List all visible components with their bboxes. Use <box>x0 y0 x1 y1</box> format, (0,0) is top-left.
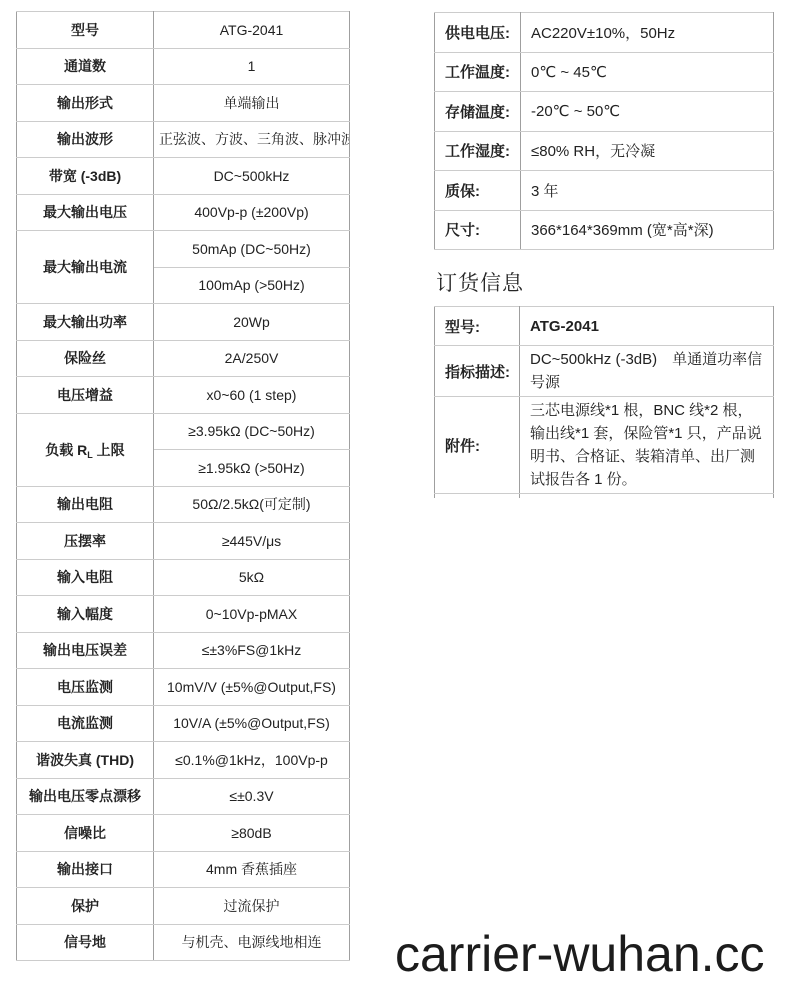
table-row: 保险丝2A/250V <box>17 340 350 377</box>
row-label: 保护 <box>17 888 154 925</box>
row-value: 50Ω/2.5kΩ(可定制) <box>154 486 350 523</box>
table-row: 型号ATG-2041 <box>17 12 350 49</box>
table-row: 带宽 (-3dB)DC~500kHz <box>17 158 350 195</box>
table-row: 附件:三芯电源线*1 根，BNC 线*2 根，输出线*1 套，保险管*1 只，产… <box>435 397 774 494</box>
row-label: 型号 <box>17 12 154 49</box>
row-value: 5kΩ <box>154 559 350 596</box>
right-column: 供电电压:AC220V±10%，50Hz工作温度:0℃ ~ 45℃存储温度:-2… <box>434 12 773 498</box>
row-label: 最大输出电压 <box>17 194 154 231</box>
row-value: 3 年 <box>521 171 774 211</box>
row-label: 带宽 (-3dB) <box>17 158 154 195</box>
row-label: 输出电阻 <box>17 486 154 523</box>
table-row: 尺寸:366*164*369mm (宽*高*深) <box>435 210 774 250</box>
row-value: 1 <box>154 48 350 85</box>
table-row: 供电电压:AC220V±10%，50Hz <box>435 13 774 53</box>
row-label: 输出电压零点漂移 <box>17 778 154 815</box>
table-row: 工作湿度:≤80% RH，无冷凝 <box>435 131 774 171</box>
row-label: 负载 RL 上限 <box>17 413 154 486</box>
watermark-text: carrier-wuhan.cc <box>395 925 765 983</box>
row-value: x0~60 (1 step) <box>154 377 350 414</box>
row-label: 最大输出功率 <box>17 304 154 341</box>
table-row: 最大输出功率20Wp <box>17 304 350 341</box>
row-label: 工作湿度: <box>435 131 521 171</box>
order-info-heading: 订货信息 <box>436 267 773 297</box>
table-row: 输入电阻5kΩ <box>17 559 350 596</box>
table-row: 保护过流保护 <box>17 888 350 925</box>
row-value: 10mV/V (±5%@Output,FS) <box>154 669 350 706</box>
table-row: 电压监测10mV/V (±5%@Output,FS) <box>17 669 350 706</box>
table-row: 工作温度:0℃ ~ 45℃ <box>435 52 774 92</box>
row-value: ≥445V/μs <box>154 523 350 560</box>
row-value: ≤±0.3V <box>154 778 350 815</box>
row-value: ≥3.95kΩ (DC~50Hz) <box>154 413 350 450</box>
table-row: 质保:3 年 <box>435 171 774 211</box>
table-row: 输入幅度0~10Vp-pMAX <box>17 596 350 633</box>
table-row: 信号地与机壳、电源线地相连 <box>17 924 350 961</box>
table-row: 输出接口4mm 香蕉插座 <box>17 851 350 888</box>
row-value: 10V/A (±5%@Output,FS) <box>154 705 350 742</box>
row-value: 50mAp (DC~50Hz) <box>154 231 350 268</box>
spec-table: 型号ATG-2041通道数1输出形式单端输出输出波形正弦波、方波、三角波、脉冲波… <box>16 11 350 961</box>
row-label: 指标描述: <box>435 346 520 397</box>
row-value: 单端输出 <box>154 85 350 122</box>
row-value: 0~10Vp-pMAX <box>154 596 350 633</box>
row-label: 型号: <box>435 307 520 346</box>
table-row: 输出形式单端输出 <box>17 85 350 122</box>
table-row: 指标描述:DC~500kHz (-3dB) 单通道功率信号源 <box>435 346 774 397</box>
row-value: 20Wp <box>154 304 350 341</box>
table-row: 电压增益x0~60 (1 step) <box>17 377 350 414</box>
row-label: 压摆率 <box>17 523 154 560</box>
row-value: ATG-2041 <box>154 12 350 49</box>
env-table: 供电电压:AC220V±10%，50Hz工作温度:0℃ ~ 45℃存储温度:-2… <box>434 12 774 250</box>
row-label: 尺寸: <box>435 210 521 250</box>
row-label: 供电电压: <box>435 13 521 53</box>
row-label: 输出形式 <box>17 85 154 122</box>
row-value: ≥80dB <box>154 815 350 852</box>
row-label: 输出电压误差 <box>17 632 154 669</box>
row-value: ≤0.1%@1kHz，100Vp-p <box>154 742 350 779</box>
row-label: 存储温度: <box>435 92 521 132</box>
row-value: DC~500kHz <box>154 158 350 195</box>
row-label: 电压监测 <box>17 669 154 706</box>
table-row: 最大输出电流50mAp (DC~50Hz) <box>17 231 350 268</box>
table-row: 输出电阻50Ω/2.5kΩ(可定制) <box>17 486 350 523</box>
row-label: 质保: <box>435 171 521 211</box>
row-value: 2A/250V <box>154 340 350 377</box>
row-label: 电流监测 <box>17 705 154 742</box>
table-row: 谐波失真 (THD)≤0.1%@1kHz，100Vp-p <box>17 742 350 779</box>
row-value: 400Vp-p (±200Vp) <box>154 194 350 231</box>
row-label: 输出波形 <box>17 121 154 158</box>
table-row: 型号:ATG-2041 <box>435 307 774 346</box>
table-row: 通道数1 <box>17 48 350 85</box>
row-label: 输出接口 <box>17 851 154 888</box>
row-label: 工作温度: <box>435 52 521 92</box>
row-value: 正弦波、方波、三角波、脉冲波 <box>154 121 350 158</box>
row-value: 0℃ ~ 45℃ <box>521 52 774 92</box>
stub-row <box>435 494 774 498</box>
table-row: 存储温度:-20℃ ~ 50℃ <box>435 92 774 132</box>
row-label: 附件: <box>435 397 520 494</box>
row-value: DC~500kHz (-3dB) 单通道功率信号源 <box>520 346 774 397</box>
row-label: 信噪比 <box>17 815 154 852</box>
table-row: 信噪比≥80dB <box>17 815 350 852</box>
row-value: AC220V±10%，50Hz <box>521 13 774 53</box>
row-value: 100mAp (>50Hz) <box>154 267 350 304</box>
row-value: ≤80% RH，无冷凝 <box>521 131 774 171</box>
table-row: 负载 RL 上限≥3.95kΩ (DC~50Hz) <box>17 413 350 450</box>
row-value: 过流保护 <box>154 888 350 925</box>
row-value: 366*164*369mm (宽*高*深) <box>521 210 774 250</box>
row-value: 4mm 香蕉插座 <box>154 851 350 888</box>
table-row: 压摆率≥445V/μs <box>17 523 350 560</box>
stub-cell <box>435 494 520 498</box>
row-label: 保险丝 <box>17 340 154 377</box>
table-row: 输出电压零点漂移≤±0.3V <box>17 778 350 815</box>
row-label: 通道数 <box>17 48 154 85</box>
row-value: 三芯电源线*1 根，BNC 线*2 根，输出线*1 套，保险管*1 只，产品说明… <box>520 397 774 494</box>
row-value: -20℃ ~ 50℃ <box>521 92 774 132</box>
row-value: ATG-2041 <box>520 307 774 346</box>
row-value: 与机壳、电源线地相连 <box>154 924 350 961</box>
row-label: 电压增益 <box>17 377 154 414</box>
row-label: 谐波失真 (THD) <box>17 742 154 779</box>
row-label: 输入电阻 <box>17 559 154 596</box>
order-table: 型号:ATG-2041指标描述:DC~500kHz (-3dB) 单通道功率信号… <box>434 306 774 498</box>
row-value: ≥1.95kΩ (>50Hz) <box>154 450 350 487</box>
table-row: 电流监测10V/A (±5%@Output,FS) <box>17 705 350 742</box>
row-value: ≤±3%FS@1kHz <box>154 632 350 669</box>
table-row: 输出波形正弦波、方波、三角波、脉冲波 <box>17 121 350 158</box>
table-row: 最大输出电压400Vp-p (±200Vp) <box>17 194 350 231</box>
row-label: 最大输出电流 <box>17 231 154 304</box>
row-label: 信号地 <box>17 924 154 961</box>
stub-cell <box>520 494 774 498</box>
table-row: 输出电压误差≤±3%FS@1kHz <box>17 632 350 669</box>
row-label: 输入幅度 <box>17 596 154 633</box>
